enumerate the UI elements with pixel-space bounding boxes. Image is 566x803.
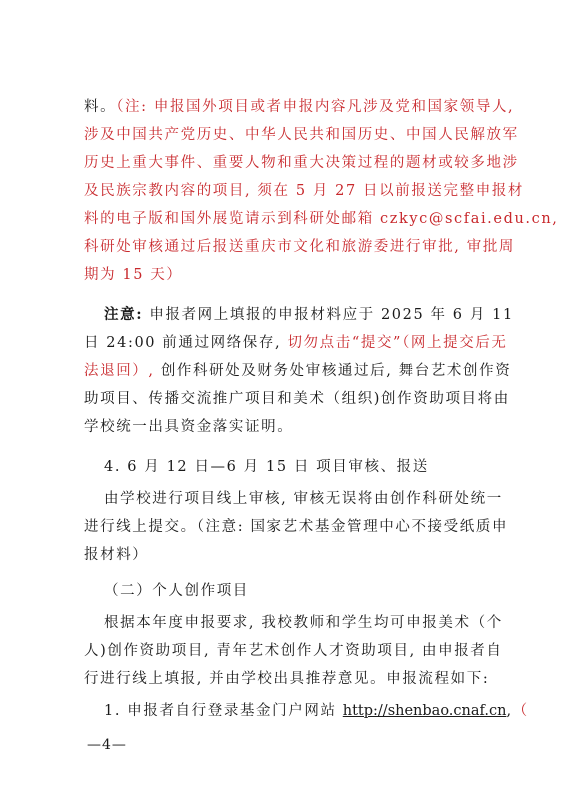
text-segment: 料。 bbox=[84, 99, 116, 115]
text-segment: （注: 申报国外项目或者申报内容凡涉及党和国家领导人, bbox=[116, 99, 514, 115]
document-page: 料。（注: 申报国外项目或者申报内容凡涉及党和国家领导人,涉及中国共产党历史、中… bbox=[0, 0, 566, 803]
text-segment: 期为 15 天） bbox=[84, 267, 182, 283]
text-line: 日 24:00 前通过网络保存, 切勿点击“提交”（网上提交后无 bbox=[84, 333, 484, 353]
text-segment: 料的电子版和国外展览请示到科研处邮箱 czkyc@scfai.edu.cn, bbox=[84, 211, 558, 227]
text-segment: 进行线上提交。（注意: 国家艺术基金管理中心不接受纸质申 bbox=[84, 519, 508, 535]
text-line: 行进行线上填报, 并由学校出具推荐意见。申报流程如下: bbox=[84, 669, 484, 689]
text-segment: 创作科研处及财务处审核通过后, 舞台艺术创作资 bbox=[155, 363, 512, 379]
website-link[interactable]: http://shenbao.cnaf.cn bbox=[343, 703, 507, 719]
text-segment: 由学校进行项目线上审核, 审核无误将由创作科研处统一 bbox=[104, 491, 503, 507]
text-segment: 行进行线上填报, 并由学校出具推荐意见。申报流程如下: bbox=[84, 671, 489, 687]
text-segment: 4. 6 月 12 日—6 月 15 日 项目审核、报送 bbox=[104, 459, 429, 475]
text-segment: 及民族宗教内容的项目, 须在 5 月 27 日以前报送完整申报材 bbox=[84, 183, 524, 199]
text-segment: 助项目、传播交流推广项目和美术（组织)创作资助项目将由 bbox=[84, 391, 510, 407]
text-segment: 学校统一出具资金落实证明。 bbox=[84, 419, 293, 435]
text-segment: （二）个人创作项目 bbox=[104, 583, 249, 599]
text-line: 进行线上提交。（注意: 国家艺术基金管理中心不接受纸质申 bbox=[84, 517, 484, 537]
text-line: 人)创作资助项目, 青年艺术创作人才资助项目, 由申报者自 bbox=[84, 641, 484, 661]
section-heading: （二）个人创作项目 bbox=[104, 581, 504, 601]
text-segment: 日 24:00 前通过网络保存, bbox=[84, 335, 287, 351]
text-segment: 科研处审核通过后报送重庆市文化和旅游委进行审批, 审批周 bbox=[84, 239, 515, 255]
text-segment: 1. 申报者自行登录基金门户网站 bbox=[104, 703, 343, 719]
text-line: 涉及中国共产党历史、中华人民共和国历史、中国人民解放军 bbox=[84, 125, 484, 145]
text-segment: 涉及中国共产党历史、中华人民共和国历史、中国人民解放军 bbox=[84, 127, 519, 143]
text-segment: 报材料） bbox=[84, 547, 148, 563]
text-segment: （ bbox=[513, 703, 529, 719]
text-segment: 切勿点击“提交”（网上提交后无 bbox=[287, 335, 507, 351]
text-line: 法退回）, 创作科研处及财务处审核通过后, 舞台艺术创作资 bbox=[84, 361, 484, 381]
text-line: 及民族宗教内容的项目, 须在 5 月 27 日以前报送完整申报材 bbox=[84, 181, 484, 201]
text-line: 助项目、传播交流推广项目和美术（组织)创作资助项目将由 bbox=[84, 389, 484, 409]
text-line: 学校统一出具资金落实证明。 bbox=[84, 417, 484, 437]
text-segment: 申报者网上填报的申报材料应于 2025 年 6 月 11 bbox=[143, 307, 514, 323]
text-line: 根据本年度申报要求, 我校教师和学生均可申报美术（个 bbox=[104, 613, 504, 633]
text-line: 报材料） bbox=[84, 545, 484, 565]
text-segment: 人)创作资助项目, 青年艺术创作人才资助项目, 由申报者自 bbox=[84, 643, 503, 659]
text-line: 由学校进行项目线上审核, 审核无误将由创作科研处统一 bbox=[104, 489, 504, 509]
text-line: 历史上重大事件、重要人物和重大决策过程的题材或较多地涉 bbox=[84, 153, 484, 173]
text-line: 1. 申报者自行登录基金门户网站 http://shenbao.cnaf.cn,… bbox=[104, 701, 504, 721]
text-line: 科研处审核通过后报送重庆市文化和旅游委进行审批, 审批周 bbox=[84, 237, 484, 257]
text-segment: 历史上重大事件、重要人物和重大决策过程的题材或较多地涉 bbox=[84, 155, 519, 171]
text-line: 料的电子版和国外展览请示到科研处邮箱 czkyc@scfai.edu.cn, bbox=[84, 209, 484, 229]
text-line: 4. 6 月 12 日—6 月 15 日 项目审核、报送 bbox=[104, 457, 504, 477]
text-segment: 根据本年度申报要求, 我校教师和学生均可申报美术（个 bbox=[104, 615, 503, 631]
text-line: 料。（注: 申报国外项目或者申报内容凡涉及党和国家领导人, bbox=[84, 97, 484, 117]
text-line: 期为 15 天） bbox=[84, 265, 484, 285]
text-segment: 法退回）, bbox=[84, 363, 155, 379]
page-number: —4— bbox=[87, 737, 127, 753]
text-segment: 注意: bbox=[104, 306, 143, 323]
text-line: 注意: 申报者网上填报的申报材料应于 2025 年 6 月 11 bbox=[104, 305, 504, 325]
